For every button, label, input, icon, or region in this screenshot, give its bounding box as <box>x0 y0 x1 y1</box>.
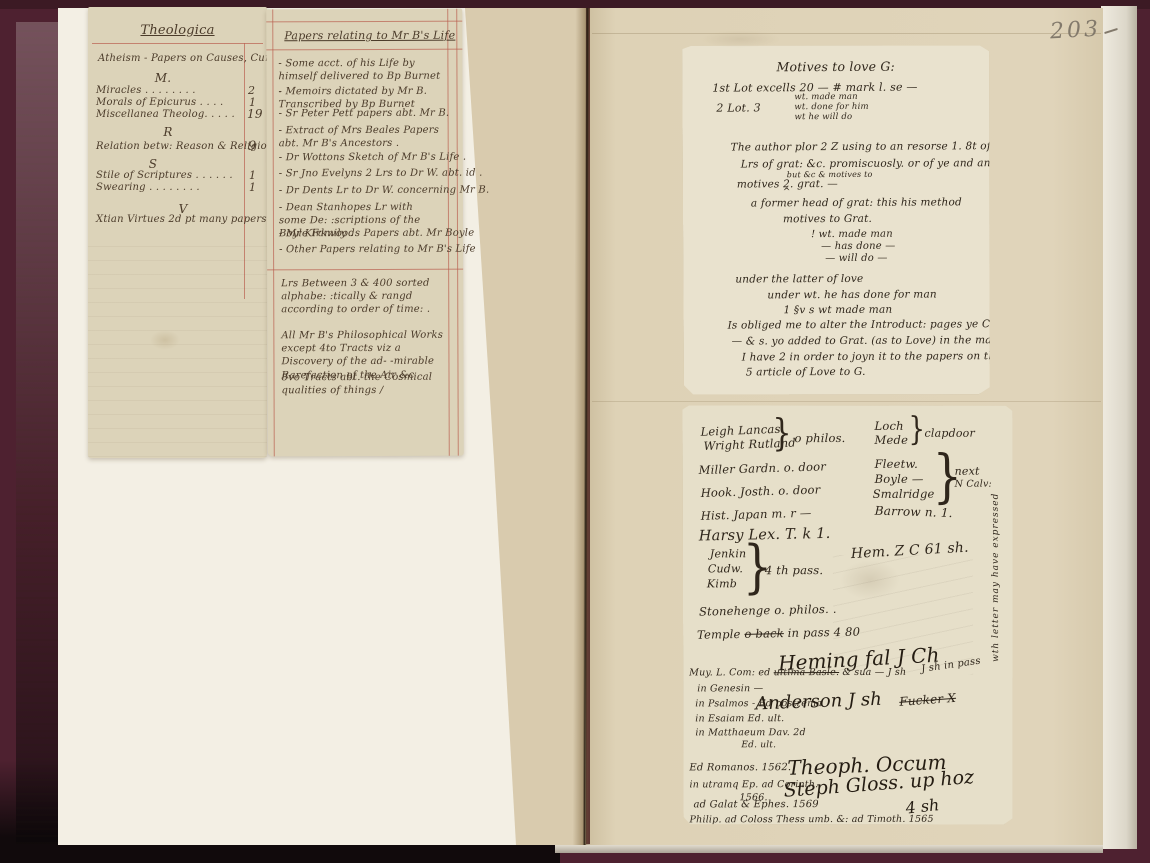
slip2-item: - Dr Wottons Sketch of Mr B's Life . <box>279 152 467 164</box>
page-number: 203 <box>1049 17 1101 45</box>
note1-line: 2 Lot. 3 <box>716 101 761 114</box>
note1-brace-item: wt. made man <box>794 92 857 102</box>
note-motives-to-love: Motives to love G: 1st Lot excells 20 — … <box>682 44 991 396</box>
book-entry: Barrow n. 1. <box>875 504 953 521</box>
book-entry: Jenkin <box>710 547 747 560</box>
book-entry: Stonehenge o. philos. . <box>699 602 837 619</box>
book-entry: Cudw. <box>708 562 743 575</box>
slip1-item: Miracles . . . . . . . . <box>96 85 196 96</box>
book-entry: 4 th pass. <box>765 563 823 577</box>
slip1-item: Swearing . . . . . . . . <box>96 182 200 193</box>
note1-brace-item: wt he will do <box>794 112 852 122</box>
slip2-item: - Mr Kirkwoods Papers abt. Mr Boyle <box>279 228 474 240</box>
brace-icon: } <box>908 414 925 447</box>
note1-line: ! wt. made man <box>811 229 893 240</box>
page-edge-strip-right <box>1101 6 1137 849</box>
slip1-item: Stile of Scriptures . . . . . . <box>96 170 233 181</box>
note1-line: — will do — <box>825 253 887 264</box>
book-entry: Philip. ad Coloss Thess umb. &: ad Timot… <box>690 814 934 826</box>
note1-line: under the latter of love <box>735 273 863 286</box>
entry-part: Muy. L. Com: ed <box>689 667 770 678</box>
slip2-item: - Sr Peter Pett papers abt. Mr B. <box>279 108 450 120</box>
book-entry: in Genesin — <box>697 683 763 694</box>
red-rule-vertical <box>272 9 275 456</box>
book-entry: Loch <box>874 419 903 433</box>
page-edge-strip-bottom <box>555 844 1103 853</box>
slip1-count: 19 <box>247 107 263 121</box>
slip2-title: Papers relating to Mr B's Life <box>284 29 455 43</box>
note1-line: I have 2 in order to joyn it to the pape… <box>742 350 1002 363</box>
book-entry: in Matthaeum Dav. 2d <box>695 727 805 738</box>
slip2-item: - Dr Dents Lr to Dr W. concerning Mr B. <box>279 185 490 197</box>
note1-line: The author plor 2 Z using to an resorse … <box>731 140 1029 154</box>
red-rule-horizontal <box>266 21 462 23</box>
book-entry: Hook. Josth. o. door <box>700 483 820 500</box>
caret-mark: ^ <box>783 187 791 197</box>
book-entry: Smalridge <box>873 487 935 501</box>
large-inscription: Anderson J sh <box>755 689 882 715</box>
book-entry: Kimb <box>707 577 737 590</box>
slip1-section-s: S <box>88 157 218 171</box>
slip2-note-tracts: 8vo Tracts abt. the Cosmical qualities o… <box>281 371 443 398</box>
note1-title: Motives to love G: <box>682 58 989 75</box>
book-entry: next <box>955 465 980 478</box>
book-entry: in Esaiam Ed. ult. <box>695 713 784 724</box>
slip1-section-r: R <box>88 125 248 139</box>
note1-line: 1 §v s wt made man <box>783 304 892 317</box>
slip1-count: 9 <box>248 139 256 154</box>
slip2-note-letters: Lrs Between 3 & 400 sorted alphabe: :tic… <box>281 277 443 317</box>
entry-struck: Fucker X <box>899 691 957 709</box>
book-entry: Ed. ult. <box>741 740 776 750</box>
book-entry: Boyle — <box>875 472 924 486</box>
book-entry: Hist. Japan m. r — <box>701 506 812 523</box>
book-entry: clapdoor <box>925 427 975 440</box>
page-crease-line <box>592 401 1101 402</box>
slip2-item: - Other Papers relating to Mr B's Life <box>279 244 476 256</box>
slip-papers-life: Papers relating to Mr B's Life - Some ac… <box>266 9 464 457</box>
red-rule-horizontal <box>266 49 462 51</box>
vertical-margin-note: wth letter may have expressed <box>991 493 1001 662</box>
slip1-intro: Atheism - Papers on Causes, Cure &c <box>98 53 294 64</box>
red-rule-horizontal <box>92 43 263 44</box>
bleed-through-texture <box>88 237 267 457</box>
note1-line: a former head of grat: this his method <box>751 196 962 209</box>
note1-line: — & s. yo added to Grat. (as to Love) in… <box>732 334 1018 347</box>
slip1-item: Morals of Epicurus . . . . <box>96 97 223 108</box>
book-entry: Ed Romanos. 1562. <box>689 762 791 773</box>
entry-part: Temple <box>697 627 741 642</box>
slip1-item: Miscellanea Theolog. . . . . <box>96 109 235 120</box>
book-entry: Mede <box>875 433 909 447</box>
entry-part-struck: o back <box>744 626 784 641</box>
photo-of-manuscript-album: { "page_number": "203", "left_page": { "… <box>0 0 1150 863</box>
book-entry: N Calv: <box>955 479 992 490</box>
slip1-item: Xtian Virtues 2d pt many papers <box>96 214 267 225</box>
note1-line: Is obliged me to alter the Introduct: pa… <box>728 318 996 331</box>
page-crease-line <box>592 33 1101 34</box>
book-entry: o philos. <box>795 431 846 445</box>
book-entry: ad Galat & Ephes. 1569 <box>693 799 818 810</box>
slip1-title: Theologica <box>88 23 267 38</box>
slip1-section-m: M. <box>88 71 238 85</box>
note1-brace-item: wt. done for him <box>794 102 868 112</box>
slip2-item: - Extract of Mrs Beales Papers abt. Mr B… <box>279 124 443 151</box>
entry-part-struck: ultima Basle. <box>774 667 840 678</box>
brace-icon: } <box>772 415 791 453</box>
note1-line: Lrs of grat: &c. promiscuosly. or of ye … <box>741 157 1005 170</box>
note-book-list: Leigh Lancas Wright Rutland } o philos. … <box>682 405 1013 826</box>
red-rule-horizontal <box>267 269 463 271</box>
slip1-count: 1 <box>249 181 256 194</box>
ghost-scribble <box>833 555 973 675</box>
note1-line: — has done — <box>821 241 895 252</box>
note1-line: motives to Grat. <box>783 213 872 225</box>
note1-line: under wt. he has done for man <box>767 288 937 301</box>
book-entry: Miller Gardn. o. door <box>698 459 826 477</box>
slip-theologica: Theologica Atheism - Papers on Causes, C… <box>88 7 267 458</box>
book-entry: Fleetw. <box>875 457 918 471</box>
slip2-item: - Sr Jno Evelyns 2 Lrs to Dr W. abt. id … <box>279 168 483 180</box>
note1-line: 5 article of Love to G. <box>746 366 866 379</box>
